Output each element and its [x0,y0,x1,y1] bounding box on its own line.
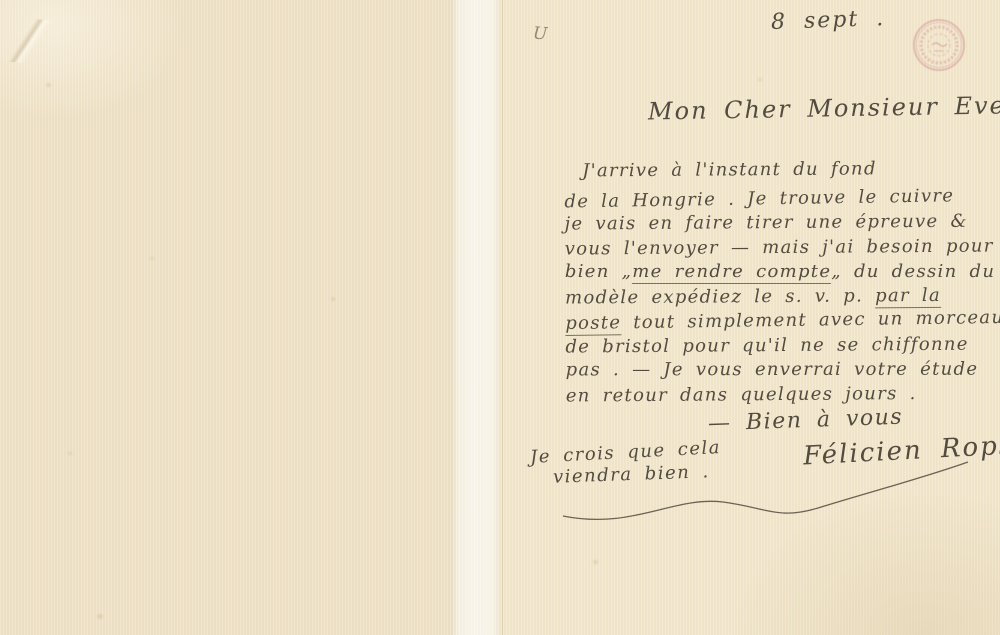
left-page-blank [0,0,453,635]
text-segment: „ du dessin du [831,261,995,282]
pencil-annotation: U [532,24,548,45]
underlined-text-segment: me rendre compte [632,261,831,284]
body-line: bien „me rendre compte„ du dessin du [565,260,1000,285]
text-segment: de la Hongrie . Je trouve le cuivre [564,185,954,212]
text-segment: je vais en faire tirer une épreuve & [565,211,968,235]
collection-stamp-icon [908,14,970,76]
paper-speck [758,78,762,81]
body-line: pas . — Je vous enverrai votre étude [566,358,1000,383]
underlined-text-segment: poste [565,312,621,336]
text-segment: bien „ [565,261,632,282]
paper-speck [593,560,598,564]
paper-speck [150,257,154,260]
body-line: vous l'envoyer — mais j'ai besoin pour [565,234,1000,262]
text-segment: vous l'envoyer — mais j'ai besoin pour [565,235,994,259]
letter-date: 8 sept . [771,6,886,35]
body-line: de bristol pour qu'il ne se chiffonne [565,332,1000,360]
paper-speck [68,452,72,455]
right-page: U 8 sept . Mon Cher Monsieur Evely , J'a… [503,0,1000,635]
body-line: J'arrive à l'instant du fond [564,156,1000,184]
underlined-text-segment: par la [875,284,941,307]
paper-speck [46,83,51,87]
text-segment: J'arrive à l'instant du fond [582,158,877,181]
letter-scan: U 8 sept . Mon Cher Monsieur Evely , J'a… [0,0,1000,635]
paper-crease [0,13,71,70]
letter-body: J'arrive à l'instant du fond de la Hongr… [564,156,1000,408]
text-segment: pas . — Je vous enverrai votre étude [566,359,979,381]
text-segment: de bristol pour qu'il ne se chiffonne [565,333,968,357]
text-segment: tout simplement avec un morceau [621,307,1000,333]
center-fold-strip [450,0,503,635]
paper-speck [97,614,103,619]
salutation: Mon Cher Monsieur Evely , [648,90,1000,125]
text-segment: modèle expédiez le s. v. p. [565,285,875,308]
paper-speck [331,297,335,301]
